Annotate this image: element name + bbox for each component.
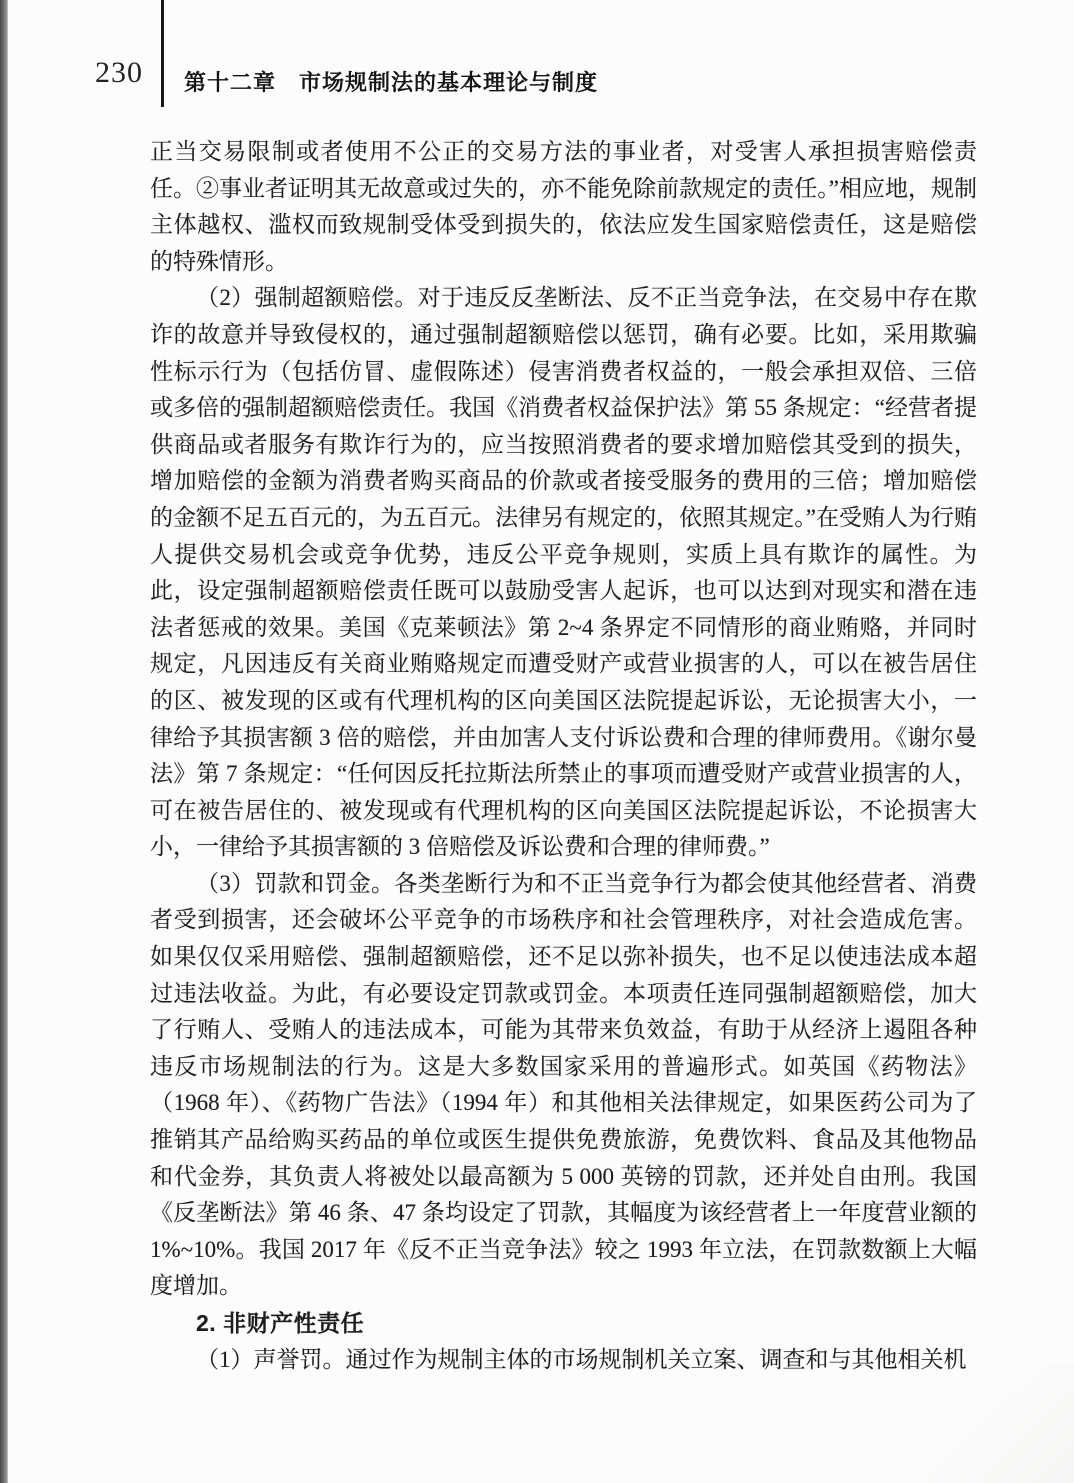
scan-shading (754, 1363, 1074, 1483)
page-number: 230 (95, 56, 143, 90)
header-divider-rule (161, 0, 164, 107)
scan-spine-edge (0, 0, 8, 1483)
chapter-header: 第十二章 市场规制法的基本理论与制度 (184, 66, 598, 97)
paragraph-fines-and-penalties: （3）罚款和罚金。各类垄断行为和不正当竞争行为都会使其他经营者、消费者受到损害，… (150, 866, 977, 1305)
paragraph-damages-continuation: 正当交易限制或者使用不公正的交易方法的事业者，对受害人承担损害赔偿责任。②事业者… (150, 134, 977, 280)
subheading-non-property-liability: 2. 非财产性责任 (150, 1305, 977, 1342)
paragraph-compulsory-excess-compensation: （2）强制超额赔偿。对于违反反垄断法、反不正当竞争法，在交易中存在欺诈的故意并导… (150, 280, 977, 866)
body-text-block: 正当交易限制或者使用不公正的交易方法的事业者，对受害人承担损害赔偿责任。②事业者… (150, 134, 977, 1378)
paragraph-reputation-penalty: （1）声誉罚。通过作为规制主体的市场规制机关立案、调查和与其他相关机 (150, 1342, 977, 1379)
scanned-book-page: 230 第十二章 市场规制法的基本理论与制度 正当交易限制或者使用不公正的交易方… (0, 0, 1074, 1483)
